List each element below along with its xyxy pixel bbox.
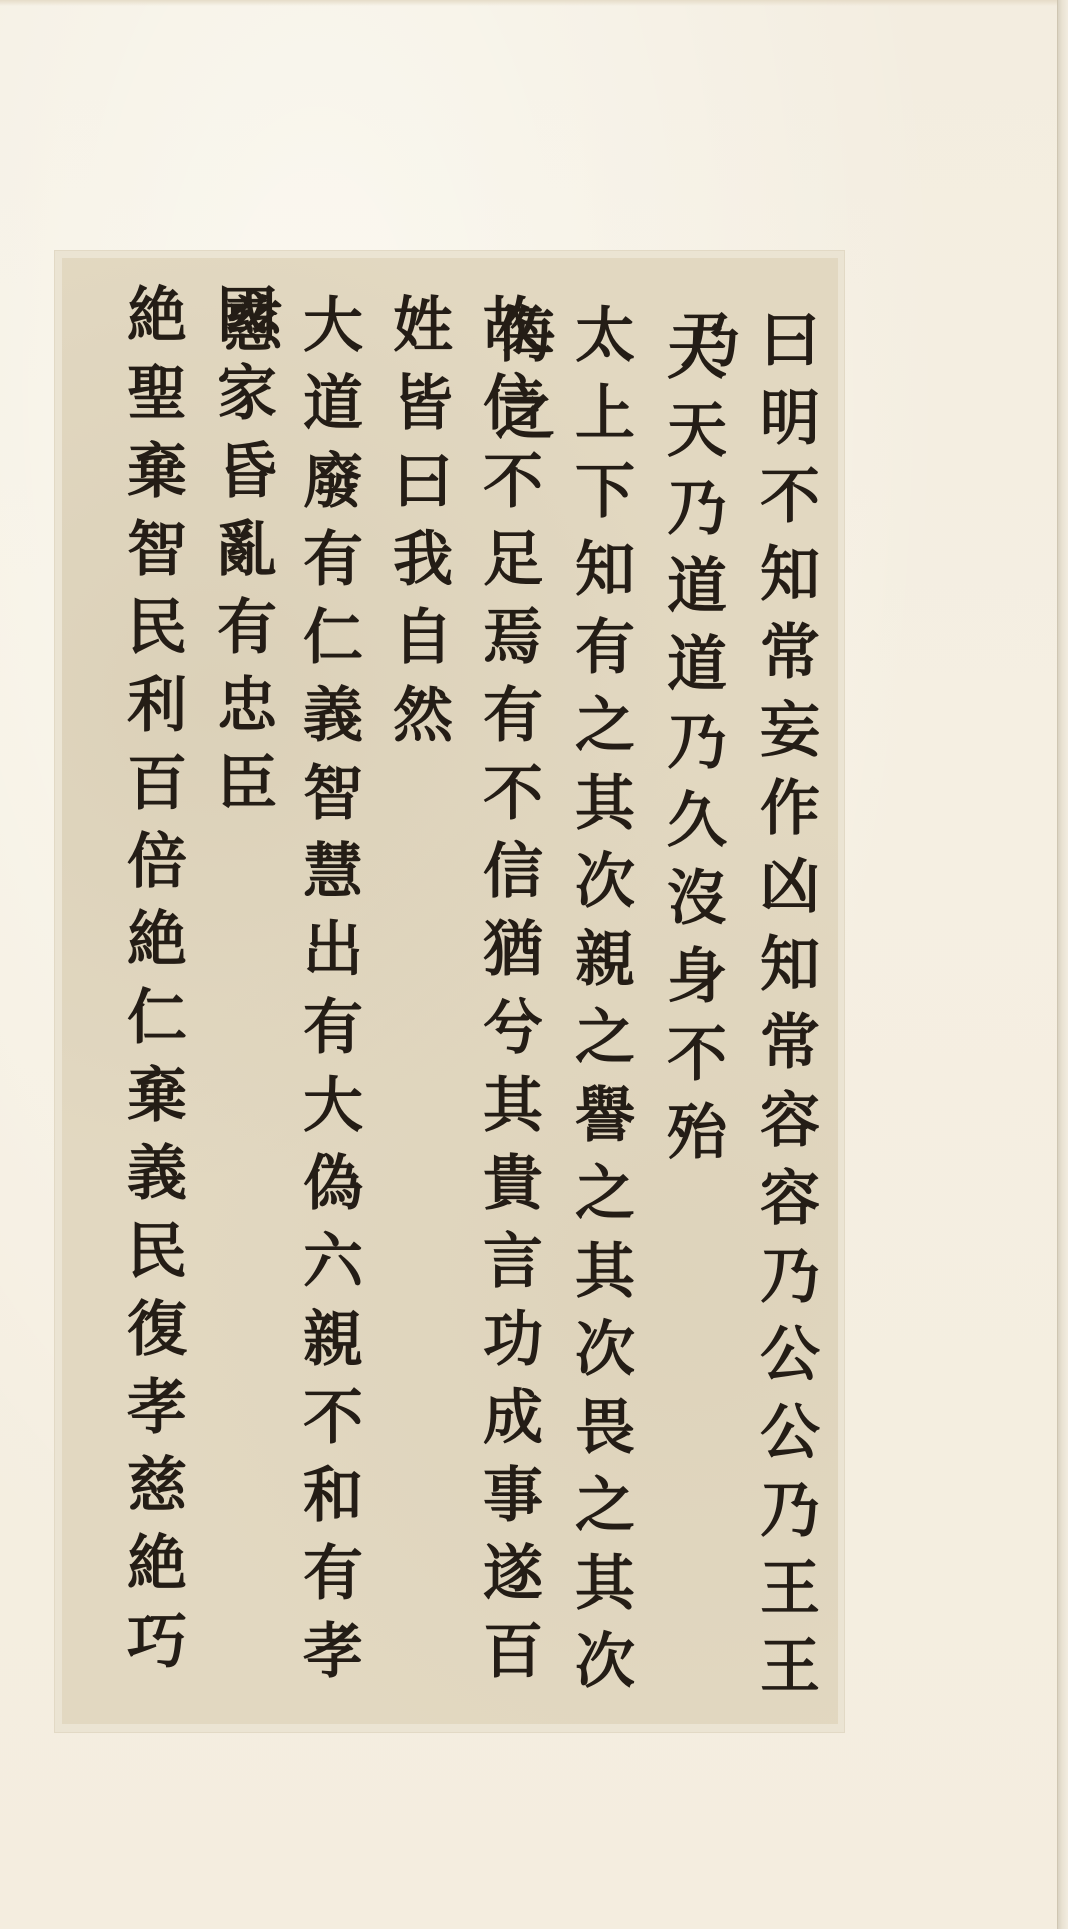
text-column-6: 大道廢有仁義智慧出有大偽六親不和有孝慈 bbox=[288, 293, 368, 1724]
text-column-5: 姓皆曰我自然 bbox=[378, 293, 458, 761]
calligraphy-panel: 曰明不知常妄作凶知常容容乃公公乃王王乃 天天乃道道乃久沒身不殆 太上下知有之其次… bbox=[62, 258, 838, 1724]
text-column-3: 太上下知有之其次親之譽之其次畏之其次侮之 bbox=[560, 303, 640, 1724]
mount-right-edge bbox=[1057, 0, 1068, 1929]
text-column-1: 曰明不知常妄作凶知常容容乃公公乃王王乃 bbox=[745, 308, 825, 1724]
text-column-8: 絶聖棄智民利百倍絶仁棄義民復孝慈絶巧 bbox=[112, 283, 192, 1687]
mount-top-shadow bbox=[0, 0, 1058, 6]
text-column-7: 國家昏亂有忠臣 bbox=[202, 283, 282, 829]
text-column-2: 天天乃道道乃久沒身不殆 bbox=[652, 320, 732, 1178]
text-column-4: 故信不足焉有不信猶兮其貴言功成事遂百 bbox=[468, 293, 548, 1697]
